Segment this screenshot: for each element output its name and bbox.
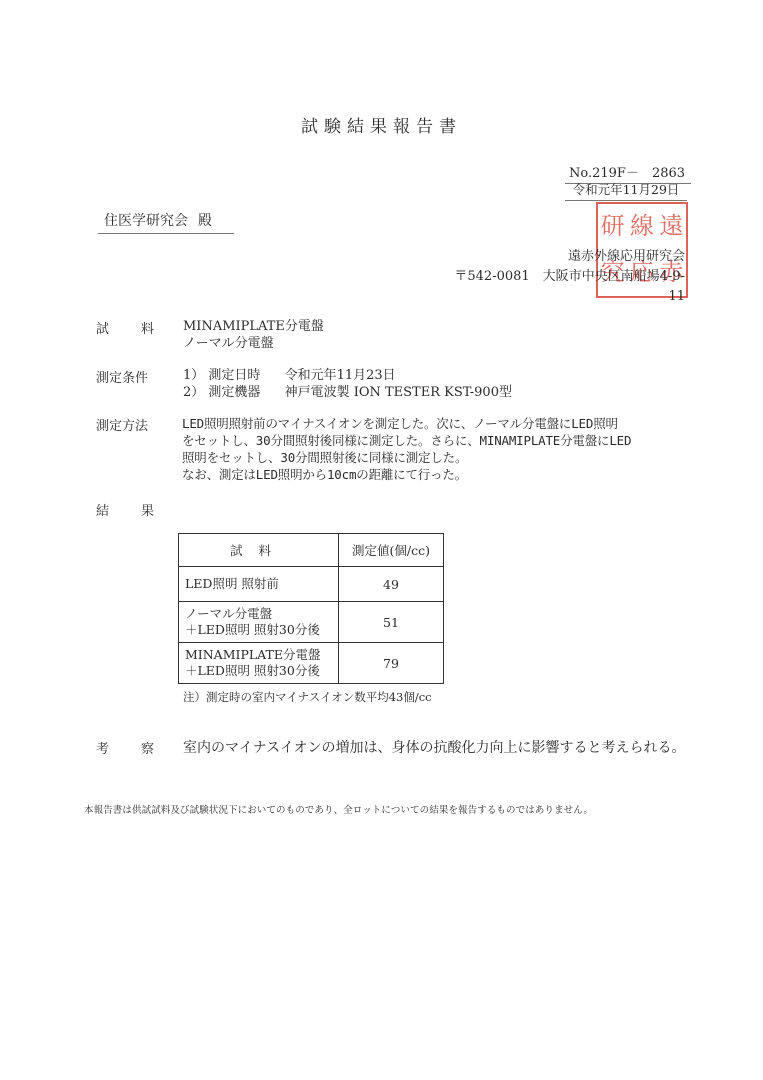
sample-line: MINAMIPLATE分電盤 (185, 647, 332, 663)
results-note: 注）測定時の室内マイナスイオン数平均43個/cc (183, 689, 432, 705)
sample-line: ＋LED照明 照射30分後 (185, 622, 332, 638)
issue-date: 令和元年11月29日 (565, 180, 687, 201)
issuer-name: 遠赤外線応用研究会 (440, 247, 685, 267)
sample-line: ＋LED照明 照射30分後 (185, 663, 332, 679)
method-label: 測定方法 (96, 415, 160, 434)
condition-item: 2） 測定機器 神戸電波製 ION TESTER KST-900型 (183, 384, 512, 401)
label-char: 果 (141, 500, 154, 519)
seal-char: 線 (627, 204, 656, 250)
condition-name: 測定日時 (208, 367, 280, 384)
condition-item: 1） 測定日時 令和元年11月23日 (183, 367, 512, 384)
column-header-value: 測定値(個/cc) (339, 534, 444, 567)
method-line: LED照明照射前のマイナスイオンを測定した。次に、ノーマル分電盤にLED照明 (182, 415, 687, 432)
issuer-address: 〒542-0081 大阪市中央区南船場4-9-11 (440, 267, 685, 307)
condition-value: 神戸電波製 ION TESTER KST-900型 (285, 385, 512, 400)
conditions-label: 測定条件 (96, 367, 160, 386)
table-row: LED照明 照射前 49 (179, 567, 444, 602)
results-label: 結 果 (96, 500, 154, 519)
table-row: ノーマル分電盤 ＋LED照明 照射30分後 51 (179, 602, 444, 643)
table-row: MINAMIPLATE分電盤 ＋LED照明 照射30分後 79 (179, 643, 444, 684)
sample-item: ノーマル分電盤 (183, 335, 324, 352)
method-line: なお、測定はLED照明から10cmの距離にて行った。 (182, 466, 687, 483)
addressee-name: 住医学研究会 (104, 213, 188, 229)
seal-char: 遠 (657, 204, 686, 250)
addressee: 住医学研究会殿 (98, 210, 234, 234)
label-char: 考 (96, 738, 109, 757)
sample-cell: LED照明 照射前 (179, 567, 339, 602)
sample-cell: MINAMIPLATE分電盤 ＋LED照明 照射30分後 (179, 643, 339, 684)
sample-list: MINAMIPLATE分電盤 ノーマル分電盤 (183, 318, 324, 352)
value-cell: 49 (339, 567, 444, 602)
conditions-list: 1） 測定日時 令和元年11月23日 2） 測定機器 神戸電波製 ION TES… (183, 367, 512, 401)
condition-value: 令和元年11月23日 (285, 368, 396, 383)
seal-char: 研 (598, 204, 627, 250)
value-cell: 79 (339, 643, 444, 684)
value-cell: 51 (339, 602, 444, 643)
label-char: 試 (96, 318, 109, 337)
addressee-honorific: 殿 (198, 213, 212, 229)
sample-item: MINAMIPLATE分電盤 (183, 318, 324, 335)
condition-name: 測定機器 (208, 384, 280, 401)
discussion-text: 室内のマイナスイオンの増加は、身体の抗酸化力向上に影響すると考えられる。 (183, 737, 685, 757)
method-line: 照明をセットし、30分間照射後に同様に測定した。 (182, 449, 687, 466)
sample-cell: ノーマル分電盤 ＋LED照明 照射30分後 (179, 602, 339, 643)
issuer-block: 遠赤外線応用研究会 〒542-0081 大阪市中央区南船場4-9-11 (440, 247, 685, 307)
condition-index: 1） (183, 368, 204, 383)
table-header-row: 試料 測定値(個/cc) (179, 534, 444, 567)
results-table: 試料 測定値(個/cc) LED照明 照射前 49 ノーマル分電盤 ＋LED照明… (178, 533, 444, 684)
condition-index: 2） (183, 385, 204, 400)
method-line: をセットし、30分間照射後同様に測定した。さらに、MINAMIPLATE分電盤に… (182, 432, 687, 449)
method-text: LED照明照射前のマイナスイオンを測定した。次に、ノーマル分電盤にLED照明 を… (182, 415, 687, 483)
disclaimer-footer: 本報告書は供試試料及び試験状況下においてのものであり、全ロットについての結果を報… (84, 802, 593, 816)
column-header-sample: 試料 (179, 534, 339, 567)
document-title: 試験結果報告書 (0, 112, 763, 137)
sample-line: LED照明 照射前 (185, 576, 332, 592)
label-char: 料 (141, 318, 154, 337)
label-char: 結 (96, 500, 109, 519)
sample-label: 試 料 (96, 318, 154, 337)
label-char: 察 (141, 738, 154, 757)
sample-line: ノーマル分電盤 (185, 606, 332, 622)
discussion-label: 考 察 (96, 738, 154, 757)
